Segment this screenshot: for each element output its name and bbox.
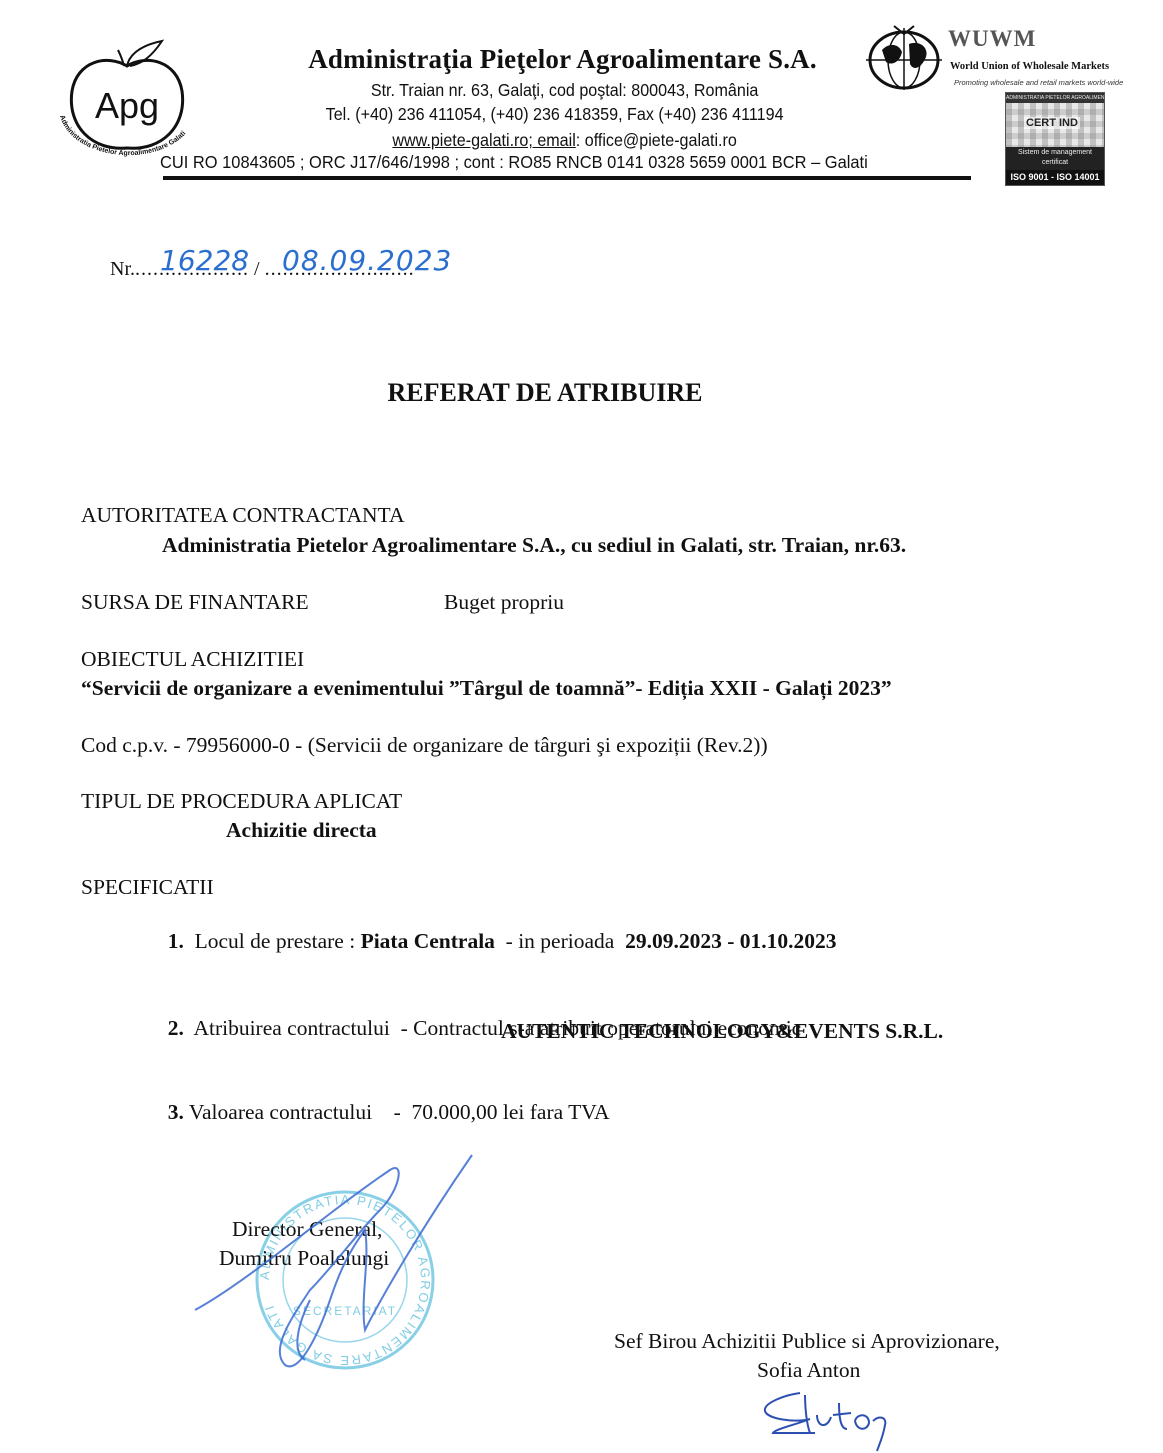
spec-period: 29.09.2023 - 01.10.2023 — [625, 929, 836, 953]
email-text: : office@piete-galati.ro — [576, 130, 737, 150]
reference-number: 16228 — [160, 244, 249, 277]
spec-location: Piata Centrala — [361, 929, 495, 953]
spec-number: 3. — [168, 1100, 184, 1124]
globe-icon — [864, 22, 944, 92]
reference-separator: / — [254, 258, 260, 280]
wuwm-title: WUWM — [948, 26, 1036, 52]
object-value: “Servicii de organizare a evenimentului … — [81, 676, 892, 701]
object-label: OBIECTUL ACHIZITIEI — [81, 647, 304, 672]
organization-phones: Tel. (+40) 236 411054, (+40) 236 418359,… — [35, 104, 1075, 125]
document-title: REFERAT DE ATRIBUIRE — [0, 378, 1090, 408]
organization-registration: CUI RO 10843605 ; ORC J17/646/1998 ; con… — [160, 152, 940, 173]
cert-logo: CERT IND — [1006, 103, 1104, 147]
procedure-value: Achizitie directa — [226, 818, 377, 843]
funding-value: Buget propriu — [444, 590, 564, 615]
director-signature — [190, 1150, 490, 1390]
spec-text: Valoarea contractului - 70.000,00 lei fa… — [184, 1100, 610, 1124]
wuwm-subtitle: World Union of Wholesale Markets — [950, 61, 1109, 72]
authority-label: AUTORITATEA CONTRACTANTA — [81, 503, 405, 528]
cert-brand: CERT IND — [1024, 117, 1080, 129]
contractor-name: AUTENTIC TECHNOLOGY&EVENTS S.R.L. — [501, 1019, 943, 1044]
specifications-label: SPECIFICATII — [81, 875, 214, 900]
procurement-head-title: Sef Birou Achizitii Publice si Aprovizio… — [614, 1329, 1000, 1354]
cert-iso: ISO 9001 - ISO 14001 — [1006, 170, 1104, 185]
spec-number: 2. — [168, 1016, 184, 1040]
specification-item-3: 3. Valoarea contractului - 70.000,00 lei… — [157, 1075, 610, 1125]
cpv-code: Cod c.p.v. - 79956000-0 - (Servicii de o… — [81, 733, 768, 758]
spec-number: 1. — [168, 929, 184, 953]
cert-issuer: ADMINISTRATIA PIETELOR AGROALIMENTARE SA — [1006, 93, 1104, 103]
organization-contact: www.piete-galati.ro; email: office@piete… — [45, 130, 1085, 151]
spec-text: Locul de prestare : — [195, 929, 361, 953]
reference-date: 08.09.2023 — [282, 244, 452, 277]
wuwm-tagline: Promoting wholesale and retail markets w… — [954, 78, 1123, 87]
spec-text: - in perioada — [495, 929, 625, 953]
website-link[interactable]: www.piete-galati.ro; email — [392, 130, 575, 150]
funding-label: SURSA DE FINANTARE — [81, 590, 309, 615]
reference-prefix: Nr. — [110, 258, 135, 280]
procedure-label: TIPUL DE PROCEDURA APLICAT — [81, 789, 402, 814]
certification-badge: ADMINISTRATIA PIETELOR AGROALIMENTARE SA… — [1005, 92, 1105, 186]
header-divider — [163, 176, 971, 180]
procurement-head-name: Sofia Anton — [757, 1358, 860, 1383]
procurement-head-signature — [755, 1385, 905, 1453]
cert-system: Sistem de management certificat — [1006, 147, 1104, 170]
specification-item-1: 1. Locul de prestare : Piata Centrala - … — [157, 904, 837, 954]
authority-value: Administratia Pietelor Agroalimentare S.… — [162, 533, 906, 558]
